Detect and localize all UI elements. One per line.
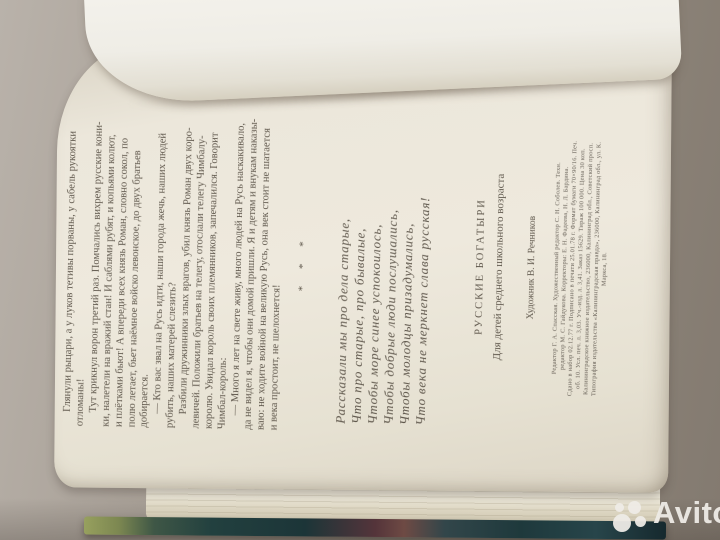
- avito-logo-icon: [612, 501, 652, 535]
- audience-line: Для детей среднего школьного возраста: [489, 93, 508, 441]
- prose-block: Глянули рыцари, а у луков тетивы порваны…: [62, 84, 289, 431]
- avito-wordmark: Avito: [653, 495, 720, 531]
- avito-watermark: Avito: [606, 496, 720, 538]
- rotated-text-layer: Глянули рыцари, а у луков тетивы порваны…: [59, 84, 656, 444]
- colophon-block: Редактор Г. А. Спасская. Художественный …: [549, 94, 613, 443]
- section-separator: * * *: [294, 89, 313, 437]
- photo-open-book: Глянули рыцари, а у луков тетивы порваны…: [0, 0, 720, 540]
- artist-credit: Художник В. И. Речников: [523, 94, 540, 442]
- book-title: РУССКИЕ БОГАТЫРИ: [471, 92, 489, 440]
- poem-block: Рассказали мы про дела старые, Что про с…: [333, 90, 435, 426]
- page-content: Глянули рыцари, а у луков тетивы порваны…: [59, 84, 656, 444]
